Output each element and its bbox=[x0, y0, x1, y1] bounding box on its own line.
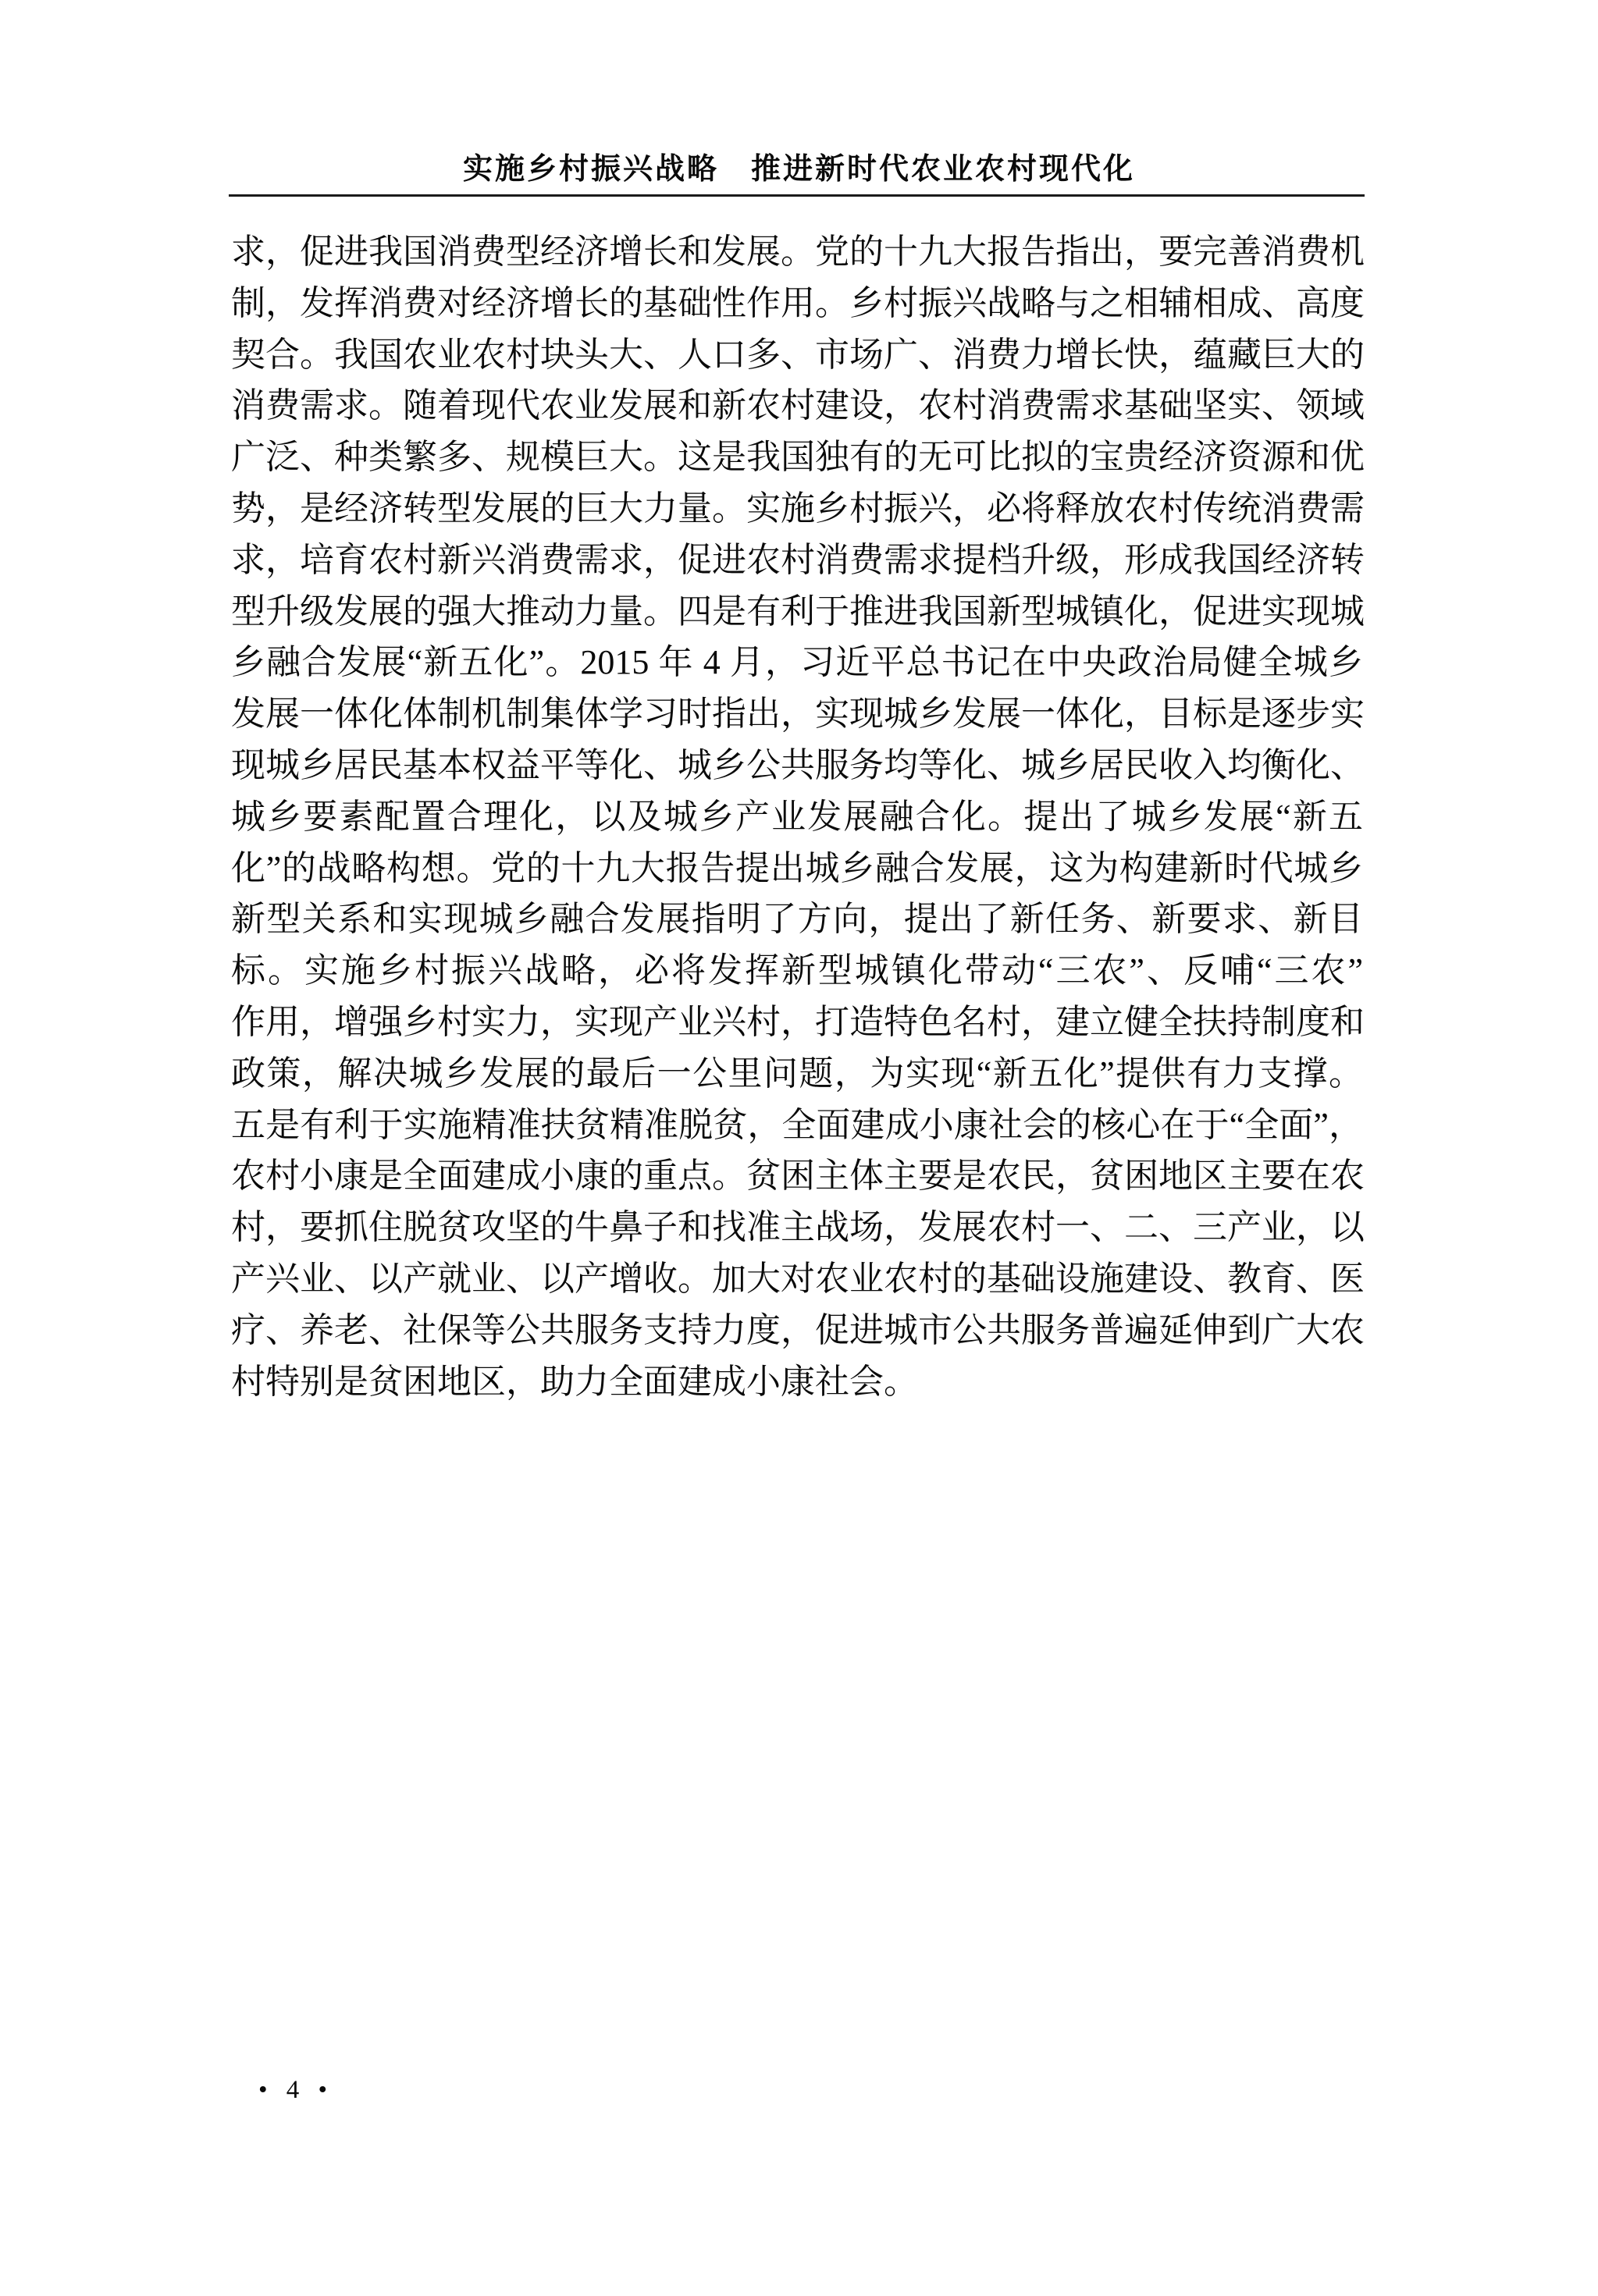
body-line: 农村小康是全面建成小康的重点。贫困主体主要是农民，贫困地区主要在农 bbox=[231, 1150, 1363, 1202]
body-line: 城乡要素配置合理化，以及城乡产业发展融合化。提出了城乡发展“新五 bbox=[231, 791, 1363, 843]
body-line: 产兴业、以产就业、以产增收。加大对农业农村的基础设施建设、教育、医 bbox=[231, 1253, 1363, 1305]
body-line: 契合。我国农业农村块头大、人口多、市场广、消费力增长快，蕴藏巨大的 bbox=[231, 329, 1363, 381]
body-line: 求，促进我国消费型经济增长和发展。党的十九大报告指出，要完善消费机 bbox=[231, 226, 1363, 278]
body-line: 制，发挥消费对经济增长的基础性作用。乡村振兴战略与之相辅相成、高度 bbox=[231, 278, 1363, 329]
running-header-title: 实施乡村振兴战略 推进新时代农业农村现代化 bbox=[0, 150, 1598, 189]
body-line: 发展一体化体制机制集体学习时指出，实现城乡发展一体化，目标是逐步实 bbox=[231, 688, 1363, 740]
body-line: 村，要抓住脱贫攻坚的牛鼻子和找准主战场，发展农村一、二、三产业，以 bbox=[231, 1202, 1363, 1253]
body-line: 型升级发展的强大推动力量。四是有利于推进我国新型城镇化，促进实现城 bbox=[231, 586, 1363, 638]
body-line: 疗、养老、社保等公共服务支持力度，促进城市公共服务普遍延伸到广大农 bbox=[231, 1305, 1363, 1356]
body-line: 乡融合发展“新五化”。2015 年 4 月，习近平总书记在中央政治局健全城乡 bbox=[231, 637, 1363, 688]
page-number: • 4 • bbox=[258, 2076, 327, 2104]
body-line: 广泛、种类繁多、规模巨大。这是我国独有的无可比拟的宝贵经济资源和优 bbox=[231, 432, 1363, 483]
body-line: 五是有利于实施精准扶贫精准脱贫，全面建成小康社会的核心在于“全面”， bbox=[231, 1100, 1363, 1151]
body-line: 新型关系和实现城乡融合发展指明了方向，提出了新任务、新要求、新目 bbox=[231, 894, 1363, 945]
document-page: 实施乡村振兴战略 推进新时代农业农村现代化 求，促进我国消费型经济增长和发展。党… bbox=[0, 0, 1598, 2296]
body-line: 消费需求。随着现代农业发展和新农村建设，农村消费需求基础坚实、领域 bbox=[231, 380, 1363, 432]
body-line: 求，培育农村新兴消费需求，促进农村消费需求提档升级，形成我国经济转 bbox=[231, 535, 1363, 586]
header-rule bbox=[229, 194, 1365, 197]
body-line: 现城乡居民基本权益平等化、城乡公共服务均等化、城乡居民收入均衡化、 bbox=[231, 740, 1363, 791]
body-line: 村特别是贫困地区，助力全面建成小康社会。 bbox=[231, 1356, 1363, 1408]
body-line: 政策，解决城乡发展的最后一公里问题，为实现“新五化”提供有力支撑。 bbox=[231, 1048, 1363, 1100]
body-line: 势，是经济转型发展的巨大力量。实施乡村振兴，必将释放农村传统消费需 bbox=[231, 483, 1363, 535]
body-paragraph: 求，促进我国消费型经济增长和发展。党的十九大报告指出，要完善消费机 制，发挥消费… bbox=[231, 226, 1363, 1407]
body-line: 化”的战略构想。党的十九大报告提出城乡融合发展，这为构建新时代城乡 bbox=[231, 843, 1363, 894]
body-line: 标。实施乡村振兴战略，必将发挥新型城镇化带动“三农”、反哺“三农” bbox=[231, 945, 1363, 997]
page-footer: • 4 • bbox=[258, 2074, 327, 2106]
body-line: 作用，增强乡村实力，实现产业兴村，打造特色名村，建立健全扶持制度和 bbox=[231, 997, 1363, 1048]
